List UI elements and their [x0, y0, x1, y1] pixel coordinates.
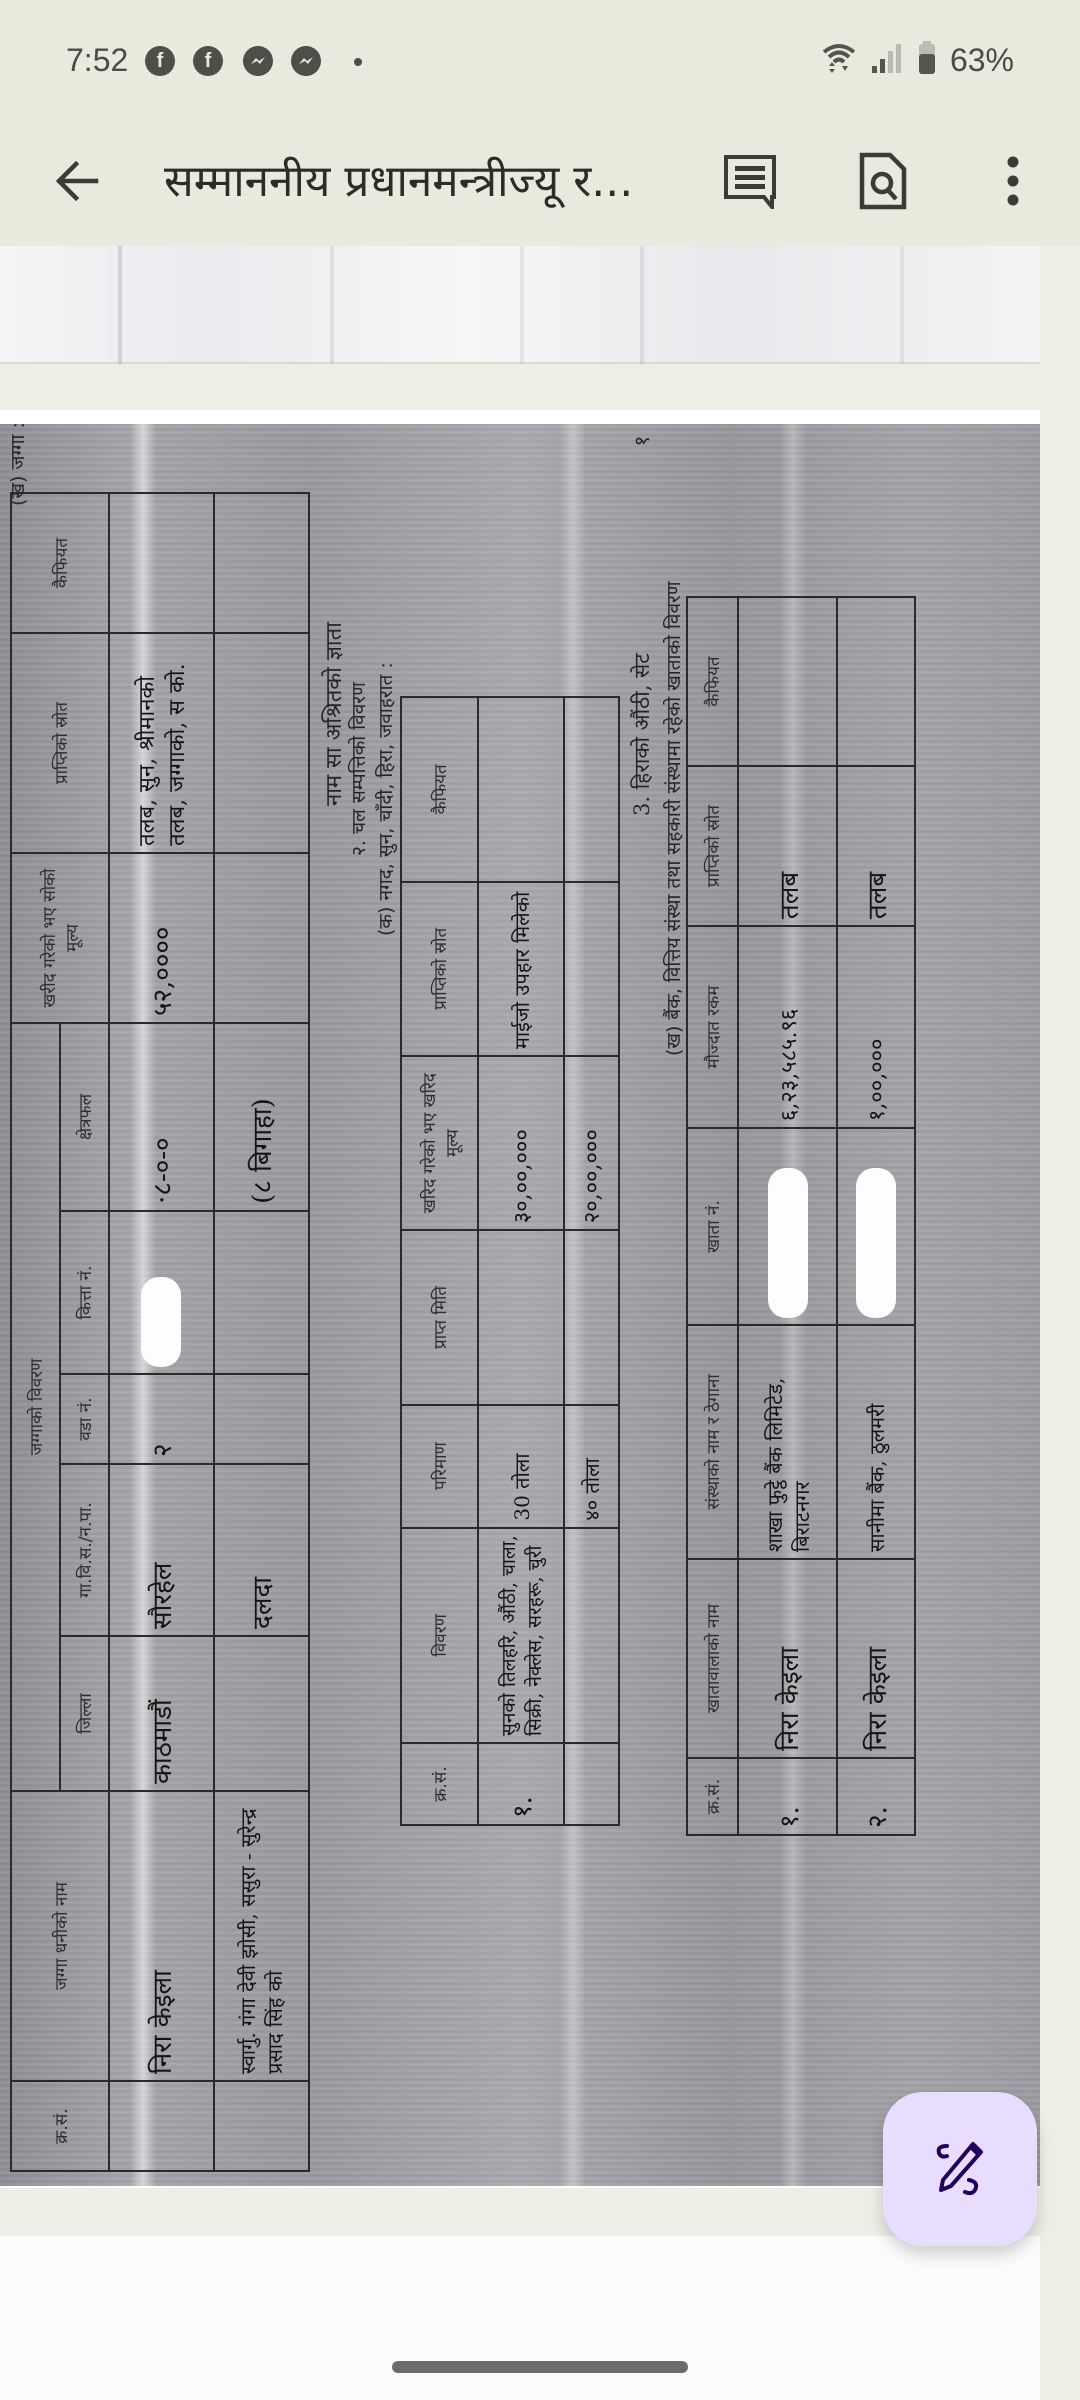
scanned-document: (ख) जग्गा : क्र.सं. जग्गा धनीको नाम जग्ग…	[0, 424, 1040, 2186]
table-header-row: क्र.सं. जग्गा धनीको नाम जग्गाको विवरण खर…	[11, 493, 60, 2171]
gesture-navigation-bar[interactable]	[392, 2361, 688, 2373]
col-source: प्राप्तिको स्रोत	[11, 633, 109, 853]
col-owner: जग्गा धनीको नाम	[11, 1791, 109, 2081]
draw-icon	[931, 2140, 989, 2198]
redacted-account	[738, 1128, 837, 1325]
table-header-row: क्र.सं. खातावालाको नाम संस्थाको नाम र ठे…	[687, 597, 738, 1835]
battery-percent: 63%	[950, 42, 1014, 79]
table-row: २. निरा केइला सानीमा बैंक, ठुलमरी १,००,०…	[837, 597, 915, 1835]
document-title: सम्माननीय प्रधानमन्त्रीज्यू र...	[164, 144, 633, 220]
section-2-title: २. चल सम्पत्तिको विवरण	[345, 682, 371, 856]
col-remarks: कैफियत	[11, 493, 109, 633]
col-land-details: जग्गाको विवरण	[11, 1023, 60, 1791]
col-vdc: गा.वि.स./न.पा.	[60, 1464, 109, 1636]
section-2a-subtitle: (क) नगद, सुन, चाँदी, हिरा, जवाहरात :	[372, 662, 398, 936]
find-in-document-button[interactable]	[848, 146, 918, 216]
col-kitta: कित्ता नं.	[60, 1211, 109, 1374]
facebook-icon: f	[193, 46, 223, 76]
search-document-icon	[858, 152, 908, 210]
redacted-account	[837, 1128, 915, 1325]
arrow-back-icon	[54, 158, 100, 204]
rotated-page-content: (ख) जग्गा : क्र.सं. जग्गा धनीको नाम जग्ग…	[0, 424, 1040, 2186]
facebook-icon: f	[145, 46, 175, 76]
col-district: जिल्ला	[60, 1636, 109, 1791]
movable-assets-table: क्र.सं. विवरण परिमाण प्राप्त मिति खरिद ग…	[400, 696, 620, 1826]
table-row: निरा केइला काठमाडौं सौरहेल २ ·८-०-० ५२,०…	[109, 493, 213, 2171]
land-table: क्र.सं. जग्गा धनीको नाम जग्गाको विवरण खर…	[10, 492, 310, 2172]
status-bar: 7:52 f f	[0, 0, 1080, 120]
annotate-fab[interactable]	[883, 2092, 1037, 2246]
pdf-page-current[interactable]: (ख) जग्गा : क्र.सं. जग्गा धनीको नाम जग्ग…	[0, 410, 1040, 2188]
table-row: ४० तोला २०,००,०००	[564, 697, 619, 1825]
status-time: 7:52	[66, 42, 128, 79]
page-gutter	[1040, 246, 1080, 2400]
more-notifications-dot	[354, 58, 362, 66]
table-row: १. सुनको तिलहरि, औंठी, चाला, सिक्री, नेक…	[478, 697, 564, 1825]
table-header-row: क्र.सं. विवरण परिमाण प्राप्त मिति खरिद ग…	[401, 697, 478, 1825]
more-vert-icon	[1006, 156, 1020, 206]
app-bar: सम्माननीय प्रधानमन्त्रीज्यू र...	[0, 120, 1080, 246]
redacted-kitta	[109, 1211, 213, 1374]
messenger-icon	[243, 46, 273, 76]
more-options-button[interactable]	[978, 146, 1048, 216]
section-2b-title: (ख) बैंक, वित्तिय संस्था तथा सहकारी संस्…	[660, 581, 686, 1056]
bank-accounts-table: क्र.सं. खातावालाको नाम संस्थाको नाम र ठे…	[686, 596, 916, 1836]
land-footnote: नाम सा अश्रितको ज्ञाता	[318, 622, 348, 806]
pdf-page-next[interactable]	[0, 2236, 1040, 2400]
signal-icon	[870, 42, 904, 78]
col-value: खरीद गरेको भए सोको मूल्य	[11, 853, 109, 1023]
wifi-icon	[822, 42, 856, 78]
table2-extra-row: 3. हिराको औंठी, सेट १	[628, 436, 656, 816]
table-row: स्वार्गु. गंगा देवी झोसी, ससुरा - सुरेन्…	[214, 493, 309, 2171]
comment-list-icon	[722, 153, 778, 209]
back-button[interactable]	[44, 148, 110, 214]
pdf-page-previous[interactable]	[0, 246, 1040, 364]
messenger-icon	[291, 46, 321, 76]
col-ward: वडा नं.	[60, 1374, 109, 1464]
system-icons: 63%	[822, 40, 1014, 80]
col-sn: क्र.सं.	[11, 2081, 109, 2171]
table-row: १. निरा केइला शाखा फुट्ठे बैंक लिमिटेड, …	[738, 597, 837, 1835]
comments-button[interactable]	[715, 146, 785, 216]
battery-icon	[918, 41, 936, 79]
col-area: क्षेत्रफल	[60, 1023, 109, 1211]
